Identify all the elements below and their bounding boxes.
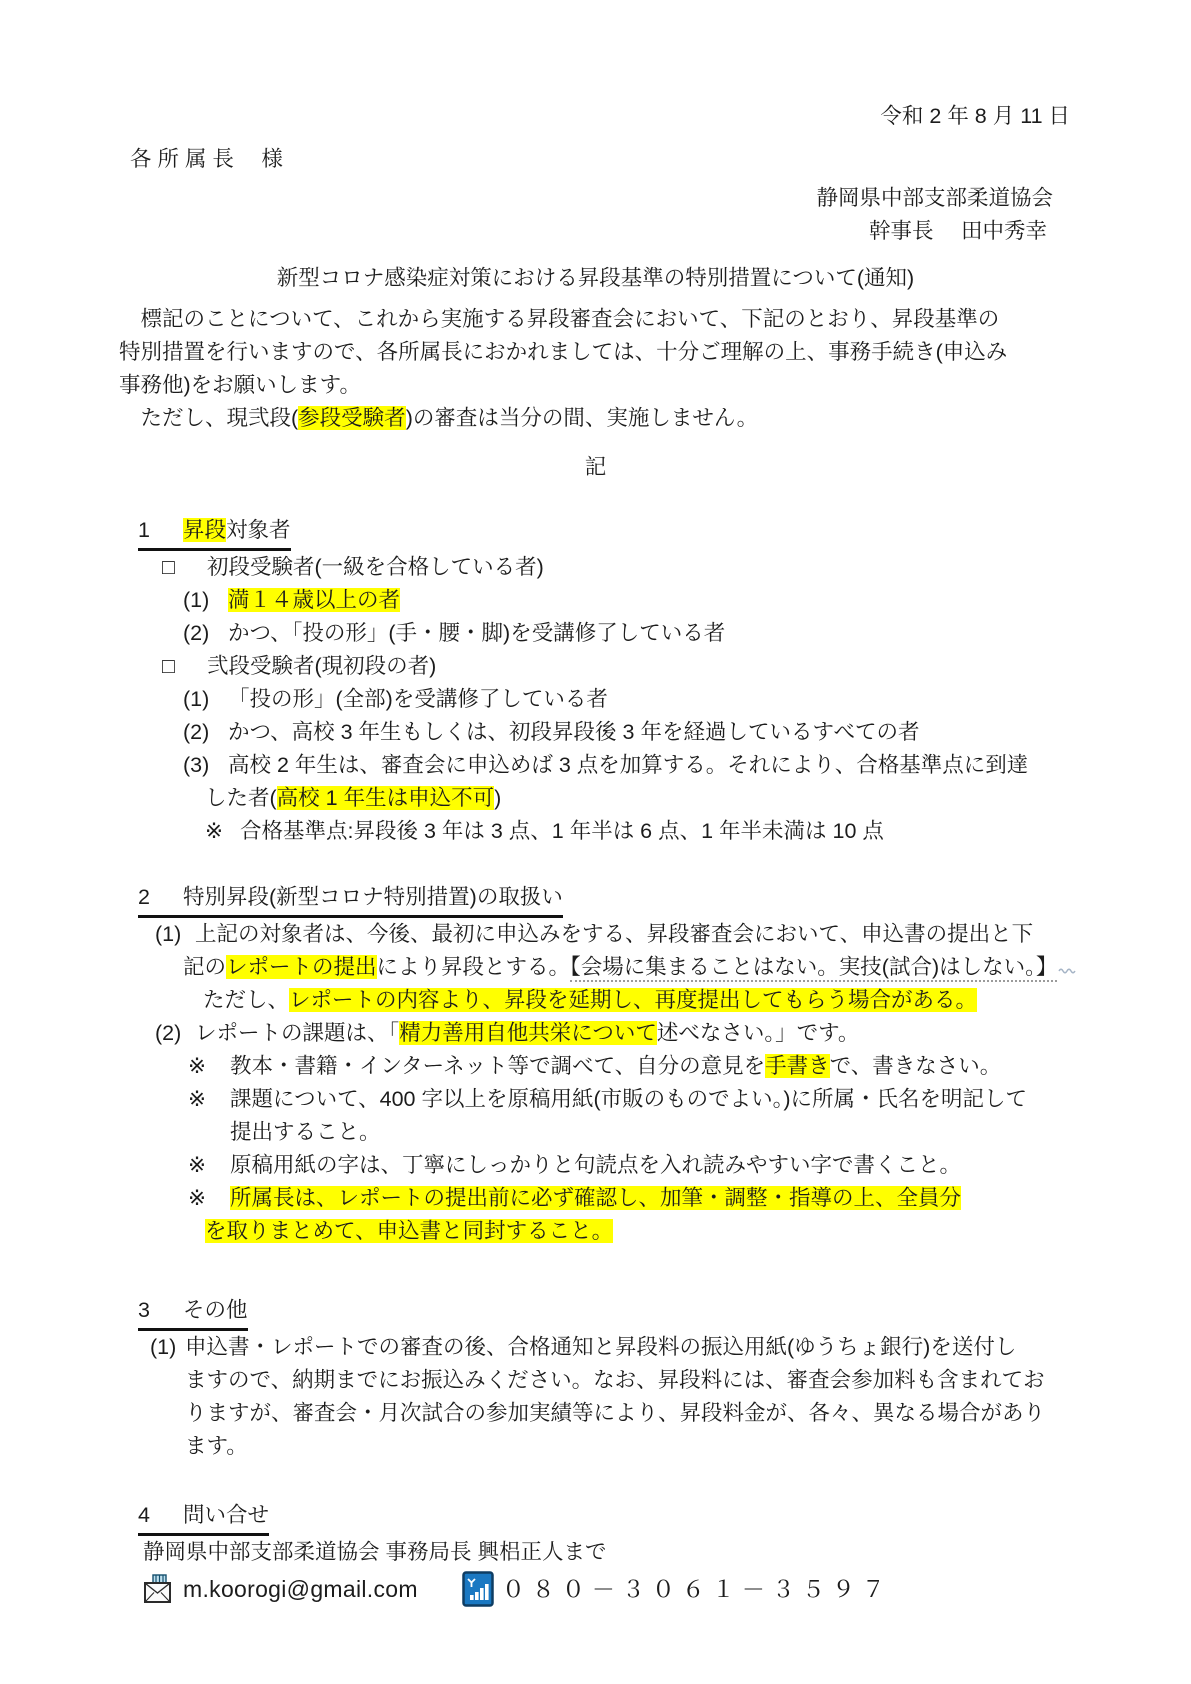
recipient: 各 所 属 長 様 (0, 143, 1191, 176)
note-item-continuation: 提出すること。 (0, 1116, 1191, 1149)
highlight-shodan: 昇段 (183, 518, 226, 542)
note-item-continuation: を取りまとめて、申込書と同封すること。 (0, 1215, 1191, 1248)
kome-mark: ※ (188, 1050, 230, 1083)
kome-mark: ※ (205, 815, 240, 848)
note-item: ※所属長は、レポートの提出前に必ず確認し、加筆・調整・指導の上、全員分 (0, 1182, 1191, 1215)
contact-details: m.koorogi@gmail.com ０８０－３０６１－３５９７ (0, 1571, 1191, 1607)
kome-mark: ※ (188, 1182, 230, 1215)
highlight-shozokucho-check: 所属長は、レポートの提出前に必ず確認し、加筆・調整・指導の上、全員分 (230, 1186, 961, 1210)
checkbox-glyph: □ (162, 650, 207, 683)
list-item-continuation: 記のレポートの提出により昇段とする。【会場に集まることはない。実技(試合)はしな… (0, 951, 1191, 984)
highlight-age14: 満１４歳以上の者 (228, 588, 400, 612)
document-date: 令和 2 年 8 月 11 日 (0, 100, 1191, 133)
note-item: ※課題について、400 字以上を原稿用紙(市販のものでよい。)に所属・氏名を明記… (0, 1083, 1191, 1116)
list-item: (1)満１４歳以上の者 (0, 584, 1191, 617)
highlight-handwritten: 手書き (765, 1054, 830, 1078)
list-item-continuation: りますが、審査会・月次試合の参加実績等により、昇段料金が、各々、異なる場合があり (0, 1397, 1191, 1430)
intro-line: 事務他)をお願いします。 (0, 369, 1191, 402)
list-item: (1)申込書・レポートでの審査の後、合格通知と昇段料の振込用紙(ゆうちょ銀行)を… (0, 1331, 1191, 1364)
note-item: ※合格基準点:昇段後 3 年は 3 点、1 年半は 6 点、1 年半未満は 10… (0, 815, 1191, 848)
highlight-report-resubmit: レポートの内容より、昇段を延期し、再度提出してもらう場合がある。 (289, 988, 977, 1012)
section-1-heading: 1昇段対象者 (0, 514, 1191, 551)
document-title: 新型コロナ感染症対策における昇段基準の特別措置について(通知) (0, 262, 1191, 295)
ki-marker: 記 (0, 451, 1191, 484)
highlight-sandan-jukensha: 参段受験者 (298, 406, 406, 430)
highlight-report-submission: レポートの提出 (226, 955, 377, 979)
section-2-heading: 2特別昇段(新型コロナ特別措置)の取扱い (0, 881, 1191, 918)
list-item: (2)かつ、「投の形」(手・腰・脚)を受講修了している者 (0, 617, 1191, 650)
checkbox-item-nidan: □弐段受験者(現初段の者) (0, 650, 1191, 683)
list-item: (2)かつ、高校 3 年生もしくは、初段昇段後 3 年を経過しているすべての者 (0, 716, 1191, 749)
list-item: (1)「投の形」(全部)を受講修了している者 (0, 683, 1191, 716)
checkbox-item-shodan: □初段受験者(一級を合格している者) (0, 551, 1191, 584)
list-item: (1)上記の対象者は、今後、最初に申込みをする、昇段審査会において、申込書の提出… (0, 918, 1191, 951)
list-item: (2)レポートの課題は、「精力善用自他共栄について述べなさい。」です。 (0, 1017, 1191, 1050)
notice-document-page: 令和 2 年 8 月 11 日 各 所 属 長 様 静岡県中部支部柔道協会 幹事… (0, 0, 1191, 1684)
intro-line: 特別措置を行いますので、各所属長におかれましては、十分ご理解の上、事務手続き(申… (0, 336, 1191, 369)
sender-organization: 静岡県中部支部柔道協会 (0, 182, 1191, 215)
list-item-continuation: ます。 (0, 1430, 1191, 1463)
phone-signal-icon (462, 1571, 494, 1607)
highlight-shozokucho-check-2: を取りまとめて、申込書と同封すること。 (205, 1219, 613, 1243)
checkbox-glyph: □ (162, 551, 207, 584)
note-item: ※原稿用紙の字は、丁寧にしっかりと句読点を入れ読みやすい字で書くこと。 (0, 1149, 1191, 1182)
dotted-underline-bracket: 【会場に集まることはない。実技(試合)はしない。】 (570, 955, 1057, 982)
proofing-squiggle-icon (1058, 966, 1078, 974)
contact-email: m.koorogi@gmail.com (183, 1573, 418, 1606)
kome-mark: ※ (188, 1149, 230, 1182)
contact-line: 静岡県中部支部柔道協会 事務局長 興梠正人まで (0, 1536, 1191, 1569)
list-item-continuation: ただし、レポートの内容より、昇段を延期し、再度提出してもらう場合がある。 (0, 984, 1191, 1017)
email-icon (143, 1574, 175, 1604)
list-item-continuation: した者(高校 1 年生は申込不可) (0, 782, 1191, 815)
intro-line: ただし、現弐段(参段受験者)の審査は当分の間、実施しません。 (0, 402, 1191, 435)
kome-mark: ※ (188, 1083, 230, 1116)
intro-paragraph: 標記のことについて、これから実施する昇段審査会において、下記のとおり、昇段基準の… (0, 303, 1191, 435)
note-item: ※教本・書籍・インターネット等で調べて、自分の意見を手書きで、書きなさい。 (0, 1050, 1191, 1083)
highlight-grade1-not-allowed: 高校 1 年生は申込不可 (277, 786, 494, 810)
highlight-report-theme: 精力善用自他共栄について (399, 1021, 657, 1045)
section-4-heading: 4問い合せ (0, 1499, 1191, 1536)
list-item: (3)高校 2 年生は、審査会に申込めば 3 点を加算する。それにより、合格基準… (0, 749, 1191, 782)
list-item-continuation: ますので、納期までにお振込みください。なお、昇段料には、審査会参加料も含まれてお (0, 1364, 1191, 1397)
section-3-heading: 3その他 (0, 1294, 1191, 1331)
contact-phone: ０８０－３０６１－３５９７ (502, 1573, 892, 1606)
intro-line: 標記のことについて、これから実施する昇段審査会において、下記のとおり、昇段基準の (0, 303, 1191, 336)
sender-name: 幹事長 田中秀幸 (0, 215, 1191, 248)
